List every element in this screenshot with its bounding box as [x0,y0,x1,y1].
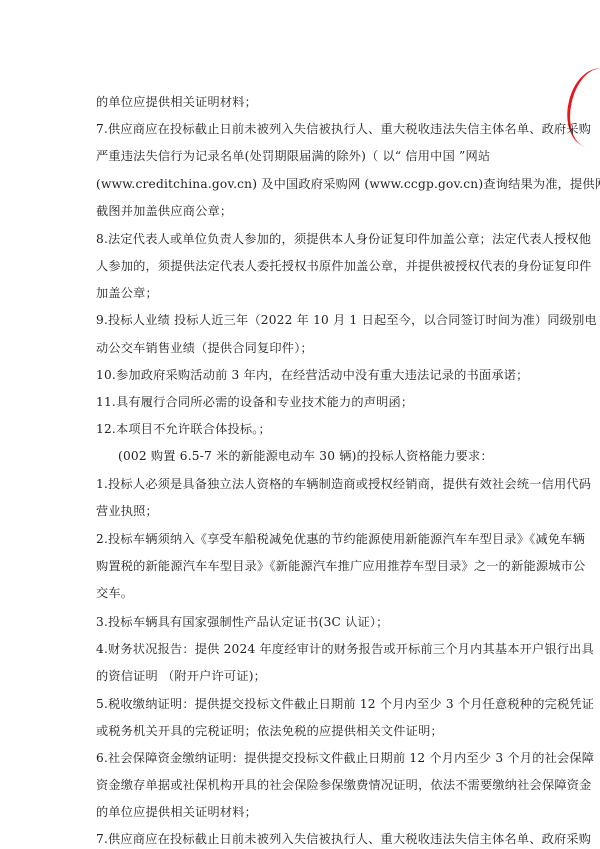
text-line: 的资信证明 （附开户许可证)； [96,668,536,684]
text-line: 6.社会保障资金缴纳证明：提供提交投标文件截止日期前 12 个月内至少 3 个月… [96,750,536,766]
text-line: 11.具有履行合同所必需的设备和专业技术能力的声明函； [96,394,536,410]
text-line: (www.creditchina.gov.cn) 及中国政府采购网 (www.c… [96,176,536,192]
text-line: 7.供应商应在投标截止日前未被列入失信被执行人、重大税收违法失信主体名单、政府采… [96,121,536,137]
text-line: 或税务机关开具的完税证明；依法免税的应提供相关文件证明； [96,723,536,739]
text-line: 的单位应提供相关证明材料； [96,804,536,820]
section-heading: (002 购置 6.5-7 米的新能源电动车 30 辆)的投标人资格能力要求： [118,448,558,464]
text-line: 1.投标人必须是具备独立法人资格的车辆制造商或授权经销商，提供有效社会统一信用代… [96,476,536,492]
text-line: 营业执照； [96,503,536,519]
text-line: 5.税收缴纳证明：提供提交投标文件截止日期前 12 个月内至少 3 个月任意税种… [96,696,536,712]
text-line: 人参加的，须提供法定代表人委托授权书原件加盖公章，并提供被授权代表的身份证复印件 [96,258,536,274]
text-line: 的单位应提供相关证明材料； [96,94,536,110]
text-line: 9.投标人业绩 投标人近三年（2022 年 10 月 1 日起至今，以合同签订时… [96,312,536,328]
text-line: 购置税的新能源汽车车型目录》《新能源汽车推广应用推荐车型目录》之一的新能源城市公 [96,558,536,574]
text-line: 7.供应商应在投标截止日前未被列入失信被执行人、重大税收违法失信主体名单、政府采… [96,831,536,847]
text-line: 严重违法失信行为记录名单(处罚期限届满的除外)（ 以“ 信用中国 ”网站 [96,148,536,164]
document-page: 的单位应提供相关证明材料； 7.供应商应在投标截止日前未被列入失信被执行人、重大… [0,0,600,849]
text-line: 动公交车销售业绩（提供合同复印件）； [96,340,536,356]
text-line: 资金缴存单据或社保机构开具的社会保险参保缴费情况证明，依法不需要缴纳社会保障资金 [96,777,536,793]
text-line: 交车。 [96,585,536,601]
text-line: 2.投标车辆须纳入《享受车船税减免优惠的节约能源使用新能源汽车车型目录》《减免车… [96,531,536,547]
text-line: 12.本项目不允许联合体投标。； [96,421,536,437]
text-line: 加盖公章； [96,285,536,301]
text-line: 8.法定代表人或单位负责人参加的，须提供本人身份证复印件加盖公章；法定代表人授权… [96,231,536,247]
red-seal-stamp-fragment [560,63,600,152]
text-line: 10.参加政府采购活动前 3 年内，在经营活动中没有重大违法记录的书面承诺； [96,367,536,383]
text-line: 4.财务状况报告：提供 2024 年度经审计的财务报告或开标前三个月内其基本开户… [96,641,536,657]
text-line: 3.投标车辆具有国家强制性产品认定证书(3C 认证）； [96,614,536,630]
text-line: 截图并加盖供应商公章； [96,203,536,219]
